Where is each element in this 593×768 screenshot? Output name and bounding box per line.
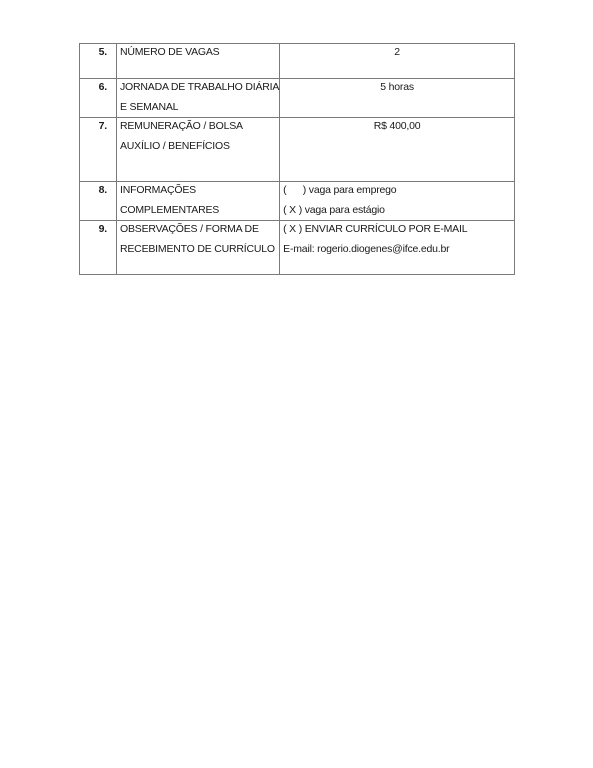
table-row-observacoes: 9. OBSERVAÇÕES / FORMA DE RECEBIMENTO DE… [80,221,515,275]
row-label: REMUNERAÇÃO / BOLSA AUXÍLIO / BENEFÍCIOS [117,118,280,182]
option-vaga-emprego: ( ) vaga para emprego [283,180,514,200]
table-row-remuneracao: 7. REMUNERAÇÃO / BOLSA AUXÍLIO / BENEFÍC… [80,118,515,182]
checkbox-mark-checked: ( X ) [283,200,302,220]
option-vaga-estagio: ( X ) vaga para estágio [283,200,514,220]
row-label: JORNADA DE TRABALHO DIÁRIA E SEMANAL [117,79,280,118]
row-number: 5. [80,44,117,79]
row-value-observacoes: ( X ) ENVIAR CURRÍCULO POR E-MAIL E-mail… [280,221,515,275]
email-contact: E-mail: rogerio.diogenes@ifce.edu.br [283,239,514,259]
checkbox-mark-unchecked: ( ) [283,180,306,200]
row-value-informacoes: ( ) vaga para emprego ( X ) vaga para es… [280,182,515,221]
table-row-informacoes: 8. INFORMAÇÕES COMPLEMENTARES ( ) vaga p… [80,182,515,221]
row-number: 6. [80,79,117,118]
row-number: 7. [80,118,117,182]
row-label: OBSERVAÇÕES / FORMA DE RECEBIMENTO DE CU… [117,221,280,275]
row-number: 8. [80,182,117,221]
row-value-numero-vagas: 2 [280,44,515,79]
row-label: NÚMERO DE VAGAS [117,44,280,79]
row-number: 9. [80,221,117,275]
checkbox-mark-checked: ( X ) [283,219,302,239]
option-enviar-curriculo: ( X ) ENVIAR CURRÍCULO POR E-MAIL [283,219,514,239]
row-value-remuneracao: R$ 400,00 [280,118,515,182]
row-value-jornada: 5 horas [280,79,515,118]
table-row-vagas: 5. NÚMERO DE VAGAS 2 [80,44,515,79]
document-page: 5. NÚMERO DE VAGAS 2 6. JORNADA DE TRABA… [0,0,593,768]
job-info-table: 5. NÚMERO DE VAGAS 2 6. JORNADA DE TRABA… [79,43,515,275]
table-row-jornada: 6. JORNADA DE TRABALHO DIÁRIA E SEMANAL … [80,79,515,118]
row-label: INFORMAÇÕES COMPLEMENTARES [117,182,280,221]
